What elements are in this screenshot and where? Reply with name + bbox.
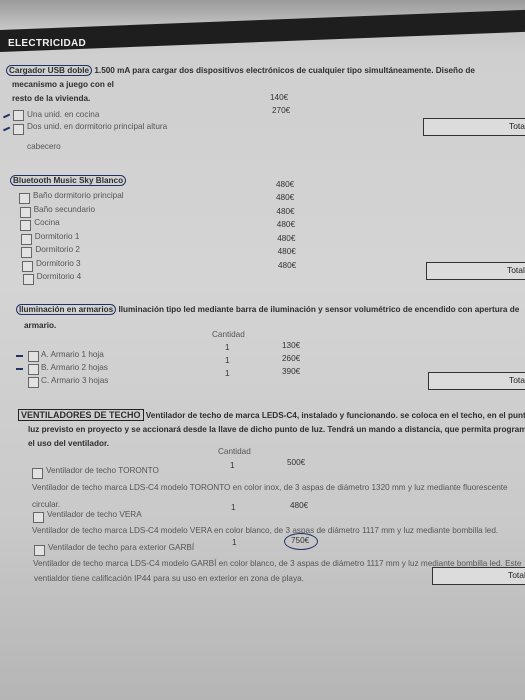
option-label: Ventilador de techo TORONTO — [46, 466, 159, 475]
option-price: 260€ — [282, 354, 300, 363]
option-price: 480€ — [276, 180, 294, 189]
bluetooth-option-checkbox[interactable] — [19, 193, 30, 204]
option-price: 480€ — [278, 261, 296, 270]
option-price: 140€ — [270, 93, 288, 102]
option-label: Cocina — [34, 218, 60, 227]
option-quantity: 1 — [230, 461, 235, 470]
option-detail: ventialdor tiene calificación IP44 para … — [34, 574, 304, 583]
option-price: 480€ — [278, 247, 296, 256]
section-title: ELECTRICIDAD — [8, 38, 86, 49]
bluetooth-option-checkbox[interactable] — [20, 207, 31, 218]
armarios-description: Iluminación en armarios Iluminación tipo… — [16, 305, 519, 314]
fan-option-checkbox[interactable] — [33, 512, 44, 523]
armario-option-checkbox[interactable] — [28, 351, 39, 362]
quantity-header: Cantidad — [212, 330, 245, 339]
ventiladores-product-name: VENTILADORES DE TECHO — [18, 409, 144, 421]
bluetooth-option-checkbox[interactable] — [21, 247, 32, 258]
option-price: 480€ — [290, 501, 308, 510]
usb-desc-line: resto de la vivienda. — [12, 94, 90, 103]
pen-tick-mark — [16, 368, 23, 370]
option-label: Dos unid. en dormitorio principal altura — [27, 122, 167, 131]
usb-description: Cargador USB doble 1.500 mA para cargar … — [6, 66, 475, 75]
option-label: Ventilador de techo para exterior GARBÍ — [48, 543, 194, 552]
pen-tick-mark — [16, 355, 23, 357]
option-label: A. Armario 1 hoja — [41, 350, 104, 359]
bluetooth-product-name: Bluetooth Music Sky Blanco — [10, 176, 126, 185]
option-label: Dormitorio 1 — [35, 232, 80, 241]
usb-option-checkbox[interactable] — [13, 124, 24, 135]
option-price: 480€ — [276, 193, 294, 202]
bluetooth-total-field[interactable]: Total 0 — [426, 262, 525, 280]
bluetooth-option-checkbox[interactable] — [23, 274, 34, 285]
bluetooth-option-checkbox[interactable] — [21, 234, 32, 245]
option-label: cabecero — [27, 142, 61, 151]
option-price: 480€ — [277, 220, 295, 229]
armarios-total-field[interactable]: Total 0 — [428, 372, 525, 390]
fan-option-checkbox[interactable] — [34, 545, 45, 556]
option-price: 500€ — [287, 458, 305, 467]
usb-total-field[interactable]: Total 0 — [423, 118, 525, 136]
ventiladores-total-field[interactable]: Total 0 — [432, 567, 525, 585]
option-quantity: 1 — [232, 538, 237, 547]
option-label: Baño dormitorio principal — [33, 191, 124, 200]
option-price: 130€ — [282, 341, 300, 350]
usb-option-checkbox[interactable] — [13, 110, 24, 121]
option-label: C. Armario 3 hojas — [41, 376, 108, 385]
option-label: Ventilador de techo VERA — [47, 510, 142, 519]
option-price: 480€ — [277, 234, 295, 243]
armario-option-checkbox[interactable] — [28, 364, 39, 375]
option-detail: Ventilador de techo marca LDS-C4 modelo … — [32, 526, 498, 535]
option-price: 390€ — [282, 367, 300, 376]
usb-desc-line: mecanismo a juego con el — [12, 80, 114, 89]
option-quantity: 1 — [225, 369, 230, 378]
bluetooth-option-checkbox[interactable] — [22, 261, 33, 272]
armario-option-checkbox[interactable] — [28, 377, 39, 388]
option-detail: circular. — [32, 500, 60, 509]
ventiladores-desc-line: el uso del ventilador. — [28, 439, 109, 448]
option-price: 270€ — [272, 106, 290, 115]
quantity-header: Cantidad — [218, 447, 251, 456]
option-label: Dormitorio 3 — [36, 259, 81, 268]
option-quantity: 1 — [225, 356, 230, 365]
option-quantity: 1 — [231, 503, 236, 512]
armarios-desc-line: armario. — [24, 321, 56, 330]
ventiladores-description: VENTILADORES DE TECHO Ventilador de tech… — [18, 410, 525, 420]
option-label: Dormitorio 4 — [37, 272, 82, 281]
pen-tick-mark — [3, 114, 10, 118]
option-price: 480€ — [276, 207, 294, 216]
ventiladores-desc-line: luz previsto en proyecto y se accionará … — [28, 425, 525, 434]
option-quantity: 1 — [225, 343, 230, 352]
pen-tick-mark — [3, 127, 10, 131]
option-label: B. Armario 2 hojas — [41, 363, 108, 372]
bluetooth-option-checkbox[interactable] — [20, 220, 31, 231]
option-price: 750€ — [291, 536, 309, 545]
option-label: Dormitorio 2 — [35, 245, 80, 254]
usb-product-name: Cargador USB doble — [6, 65, 92, 76]
option-label: Baño secundario — [34, 205, 95, 214]
fan-option-checkbox[interactable] — [32, 468, 43, 479]
option-detail: Ventilador de techo marca LDS-C4 modelo … — [32, 483, 508, 492]
option-label: Una unid. en cocina — [27, 110, 99, 119]
armarios-product-name: Iluminación en armarios — [16, 304, 116, 315]
